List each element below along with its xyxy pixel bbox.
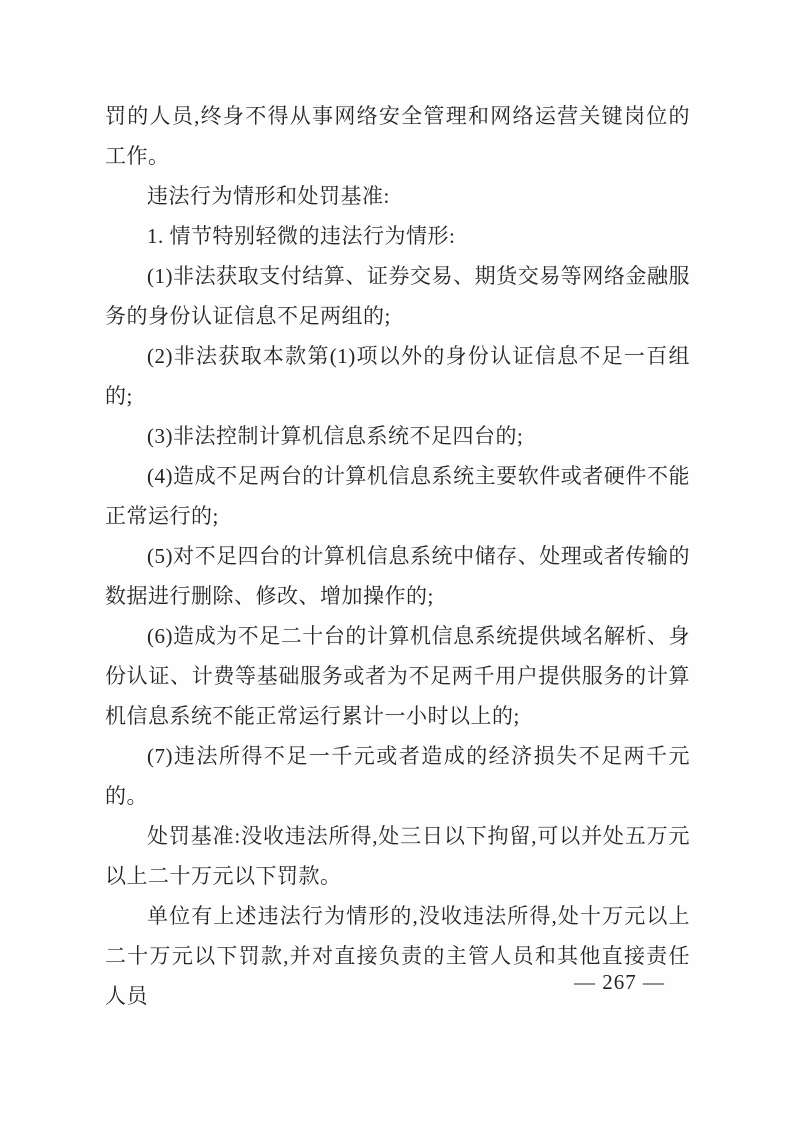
paragraph: 处罚基准:没收违法所得,处三日以下拘留,可以并处五万元以上二十万元以下罚款。: [105, 816, 690, 896]
paragraph: (6)造成为不足二十台的计算机信息系统提供域名解析、身份认证、计费等基础服务或者…: [105, 616, 690, 736]
paragraph: 违法行为情形和处罚基准:: [105, 176, 690, 216]
paragraph: 罚的人员,终身不得从事网络安全管理和网络运营关键岗位的工作。: [105, 96, 690, 176]
paragraph: (2)非法获取本款第(1)项以外的身份认证信息不足一百组的;: [105, 336, 690, 416]
paragraph: (3)非法控制计算机信息系统不足四台的;: [105, 416, 690, 456]
paragraph: 1. 情节特别轻微的违法行为情形:: [105, 216, 690, 256]
paragraph: (4)造成不足两台的计算机信息系统主要软件或者硬件不能正常运行的;: [105, 456, 690, 536]
paragraph: (7)违法所得不足一千元或者造成的经济损失不足两千元的。: [105, 736, 690, 816]
document-page: 罚的人员,终身不得从事网络安全管理和网络运营关键岗位的工作。 违法行为情形和处罚…: [0, 0, 793, 1122]
paragraph: (5)对不足四台的计算机信息系统中储存、处理或者传输的数据进行删除、修改、增加操…: [105, 536, 690, 616]
paragraph: 单位有上述违法行为情形的,没收违法所得,处十万元以上二十万元以下罚款,并对直接负…: [105, 896, 690, 1016]
paragraph: (1)非法获取支付结算、证券交易、期货交易等网络金融服务的身份认证信息不足两组的…: [105, 256, 690, 336]
page-number: — 267 —: [574, 970, 665, 994]
text-block: 罚的人员,终身不得从事网络安全管理和网络运营关键岗位的工作。 违法行为情形和处罚…: [105, 96, 690, 1016]
